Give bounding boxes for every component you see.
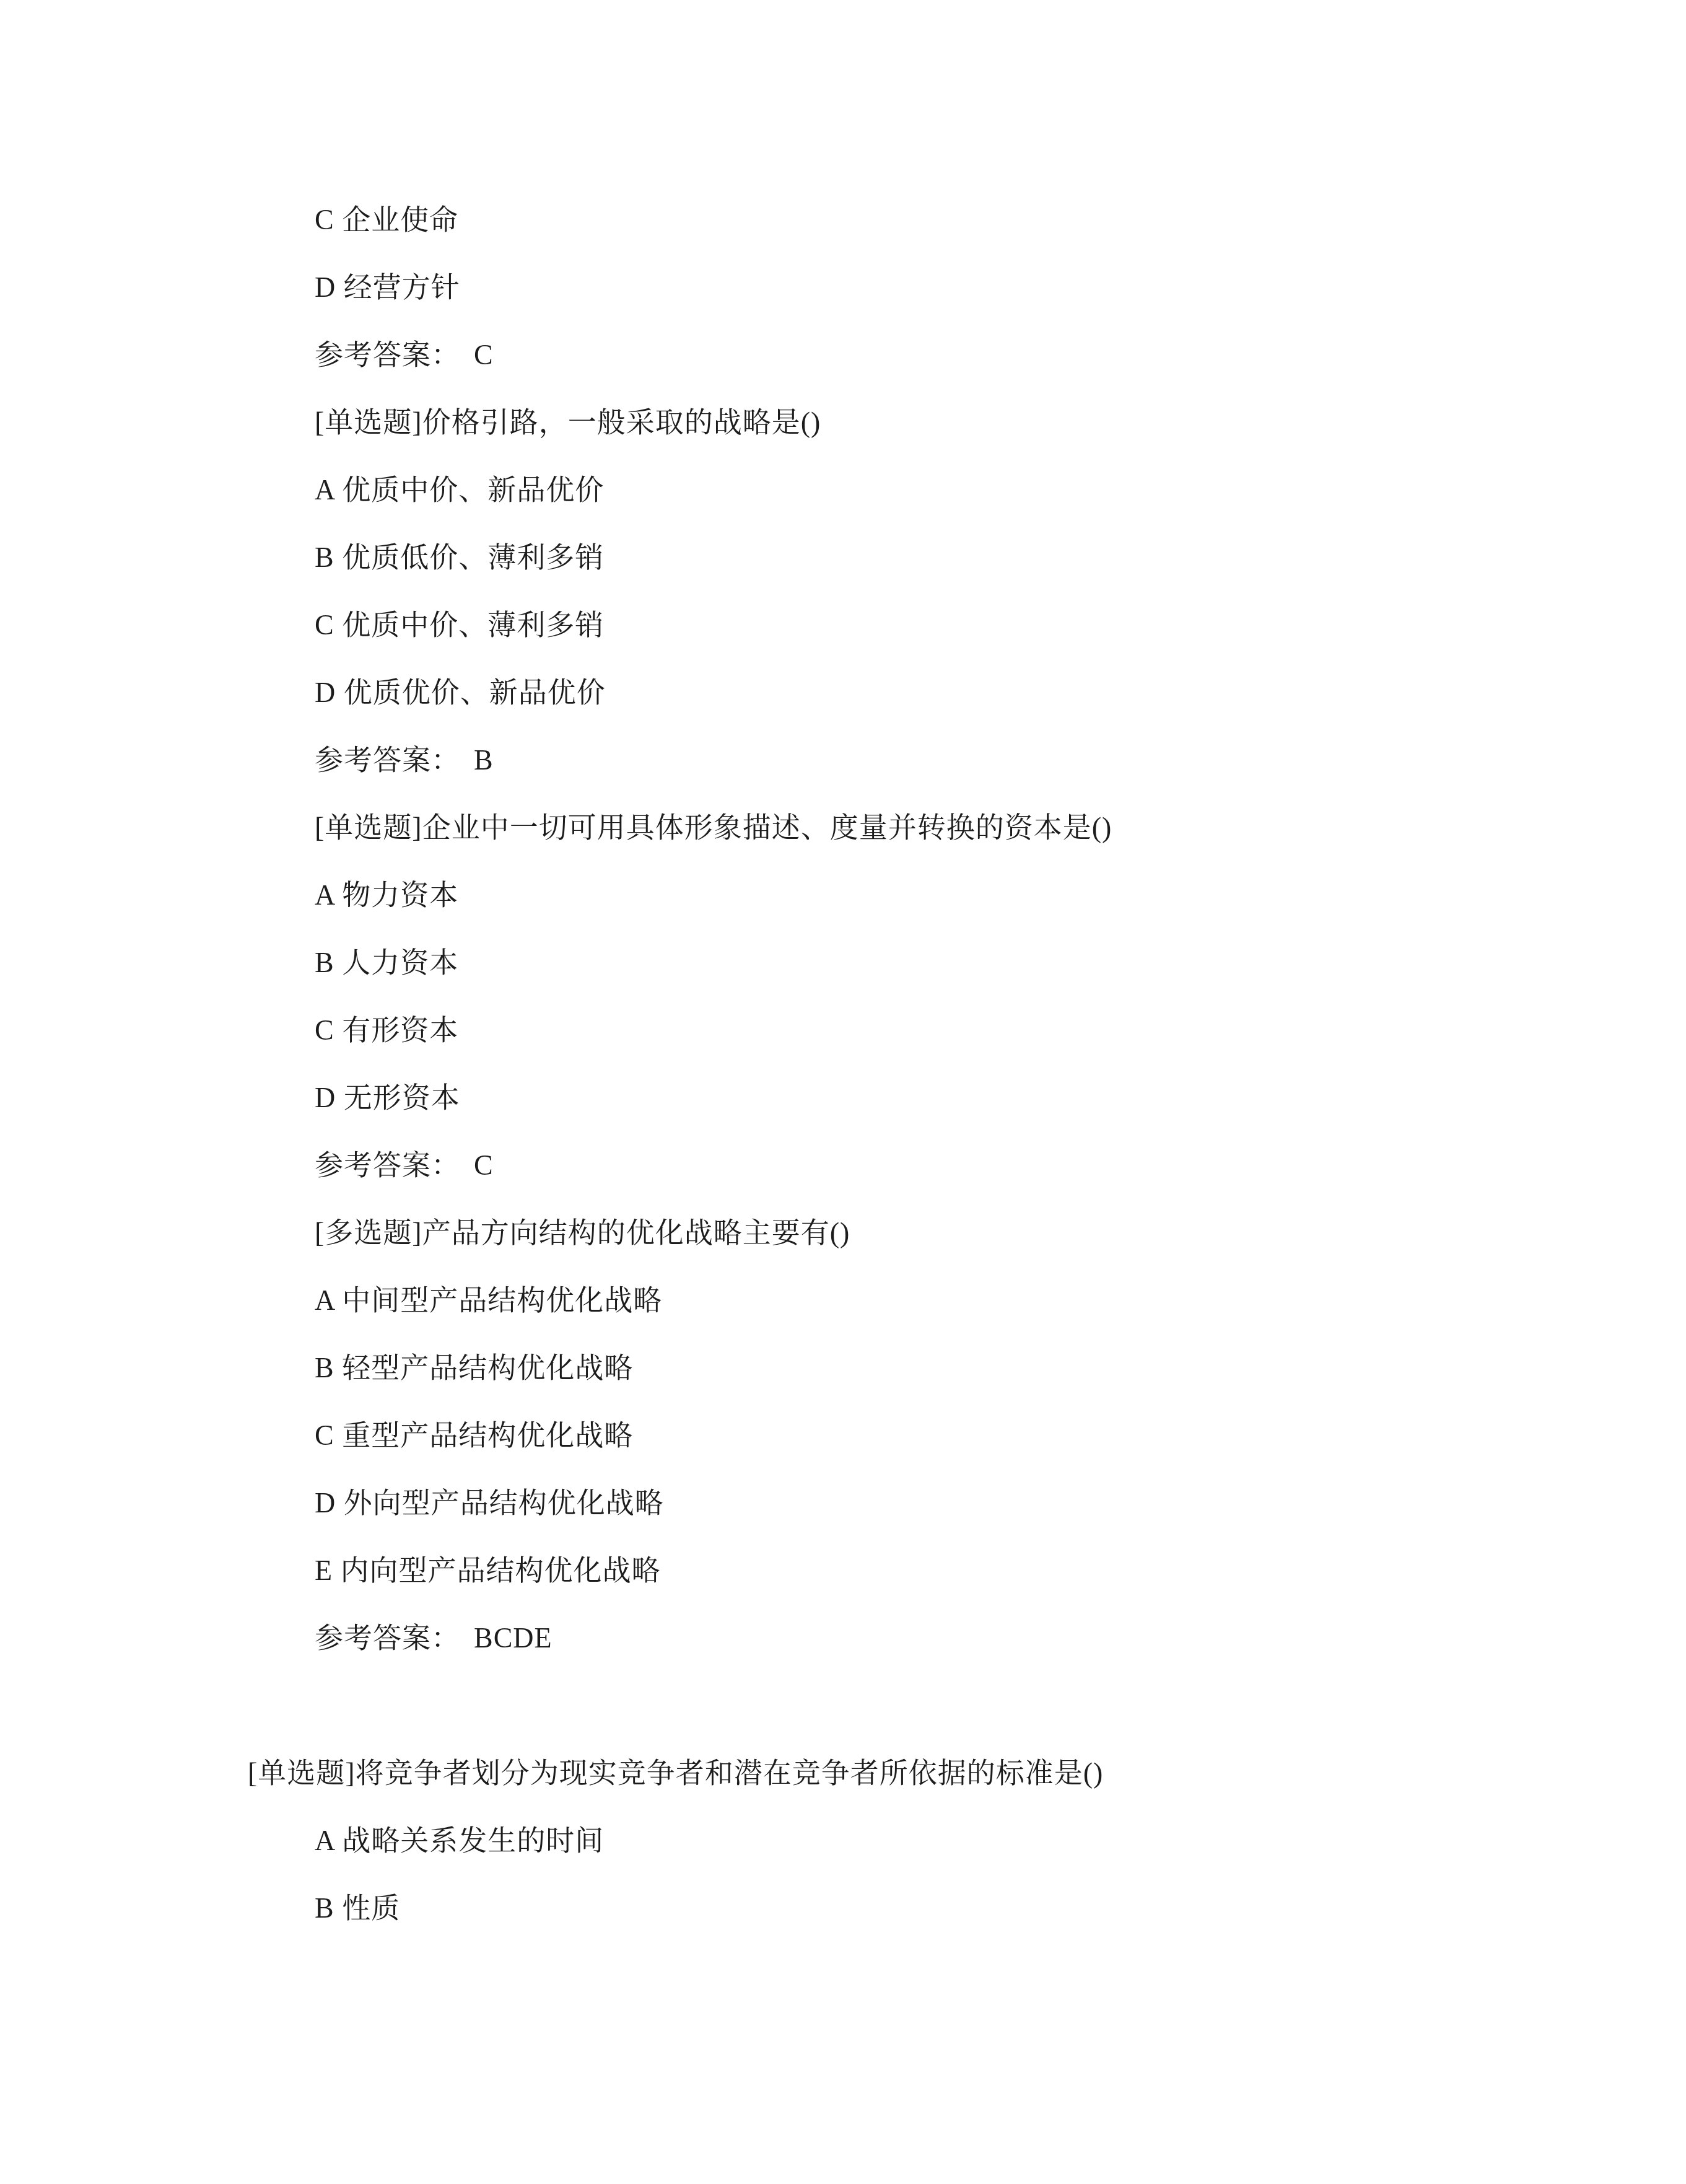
answer-label: 参考答案： — [315, 744, 460, 776]
option-line: B 轻型产品结构优化战略 — [315, 1334, 1686, 1401]
option-line: D 优质优价、新品优价 — [315, 659, 1686, 726]
answer-value: C — [474, 1149, 494, 1181]
option-line: D 外向型产品结构优化战略 — [315, 1469, 1686, 1537]
answer-value: B — [474, 744, 494, 776]
option-line: B 性质 — [315, 1874, 1686, 1942]
answer-line: 参考答案：C — [315, 1131, 1686, 1199]
option-line: E 内向型产品结构优化战略 — [315, 1537, 1686, 1604]
option-line: B 人力资本 — [315, 929, 1686, 996]
answer-line: 参考答案：C — [315, 321, 1686, 388]
option-line: C 企业使命 — [315, 186, 1686, 253]
question-stem: [单选题]将竞争者划分为现实竞争者和潜在竞争者所依据的标准是() — [248, 1739, 1686, 1807]
answer-label: 参考答案： — [315, 1149, 460, 1181]
exam-document-page: C 企业使命 D 经营方针 参考答案：C [单选题]价格引路，一般采取的战略是(… — [0, 0, 1686, 1942]
question-stem: [单选题]价格引路，一般采取的战略是() — [315, 388, 1686, 456]
option-line: A 中间型产品结构优化战略 — [315, 1266, 1686, 1334]
question-stem: [单选题]企业中一切可用具体形象描述、度量并转换的资本是() — [315, 794, 1686, 861]
answer-label: 参考答案： — [315, 339, 460, 371]
answer-value: BCDE — [474, 1622, 553, 1654]
option-line: D 无形资本 — [315, 1064, 1686, 1131]
option-line: A 优质中价、新品优价 — [315, 456, 1686, 524]
option-line: B 优质低价、薄利多销 — [315, 524, 1686, 591]
answer-value: C — [474, 339, 494, 371]
option-line: A 物力资本 — [315, 861, 1686, 929]
option-line: A 战略关系发生的时间 — [315, 1807, 1686, 1874]
option-line: C 重型产品结构优化战略 — [315, 1401, 1686, 1469]
question-stem: [多选题]产品方向结构的优化战略主要有() — [315, 1199, 1686, 1266]
answer-line: 参考答案：BCDE — [315, 1604, 1686, 1672]
option-line: C 有形资本 — [315, 996, 1686, 1064]
option-line: C 优质中价、薄利多销 — [315, 591, 1686, 659]
option-line: D 经营方针 — [315, 253, 1686, 321]
answer-label: 参考答案： — [315, 1622, 460, 1654]
answer-line: 参考答案：B — [315, 726, 1686, 794]
